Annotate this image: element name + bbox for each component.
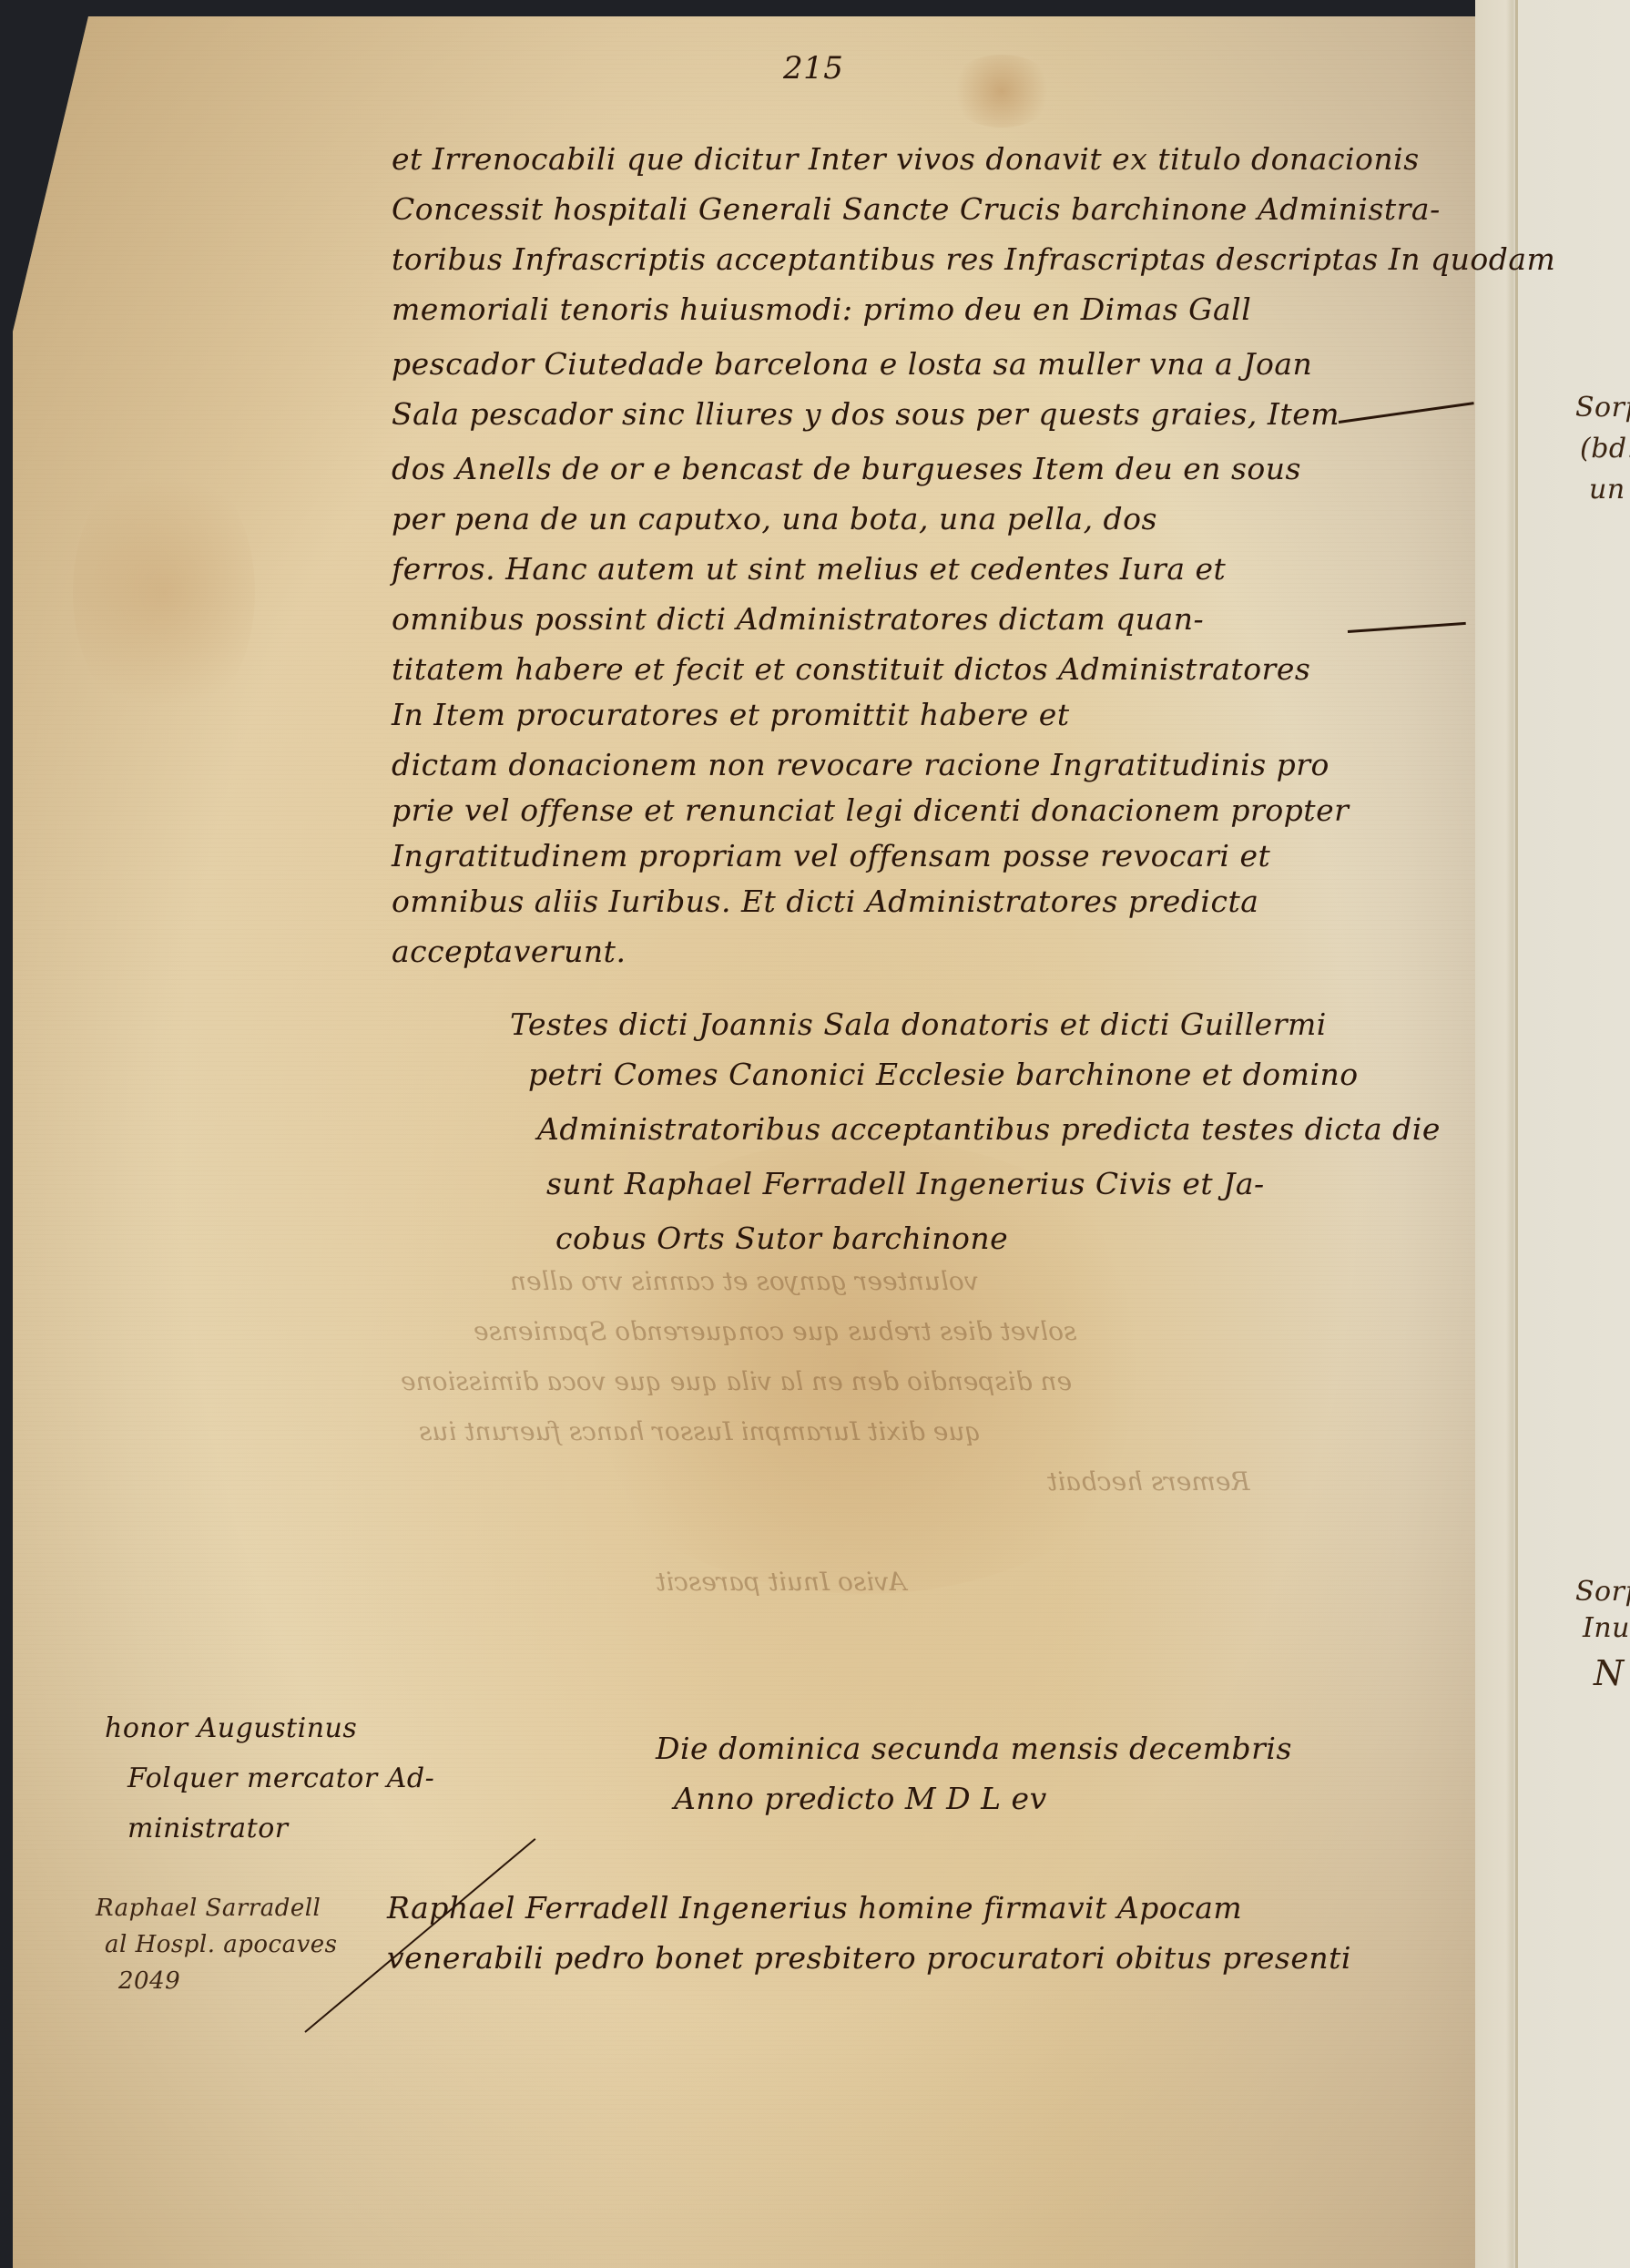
- facing-fragment: (bd.: [1580, 433, 1630, 465]
- text-line: titatem habere et fecit et constituit di…: [392, 651, 1310, 687]
- annotation-line: 2049: [118, 1967, 180, 1995]
- date-line: Anno predicto M D L ev: [674, 1781, 1047, 1816]
- witness-line: petri Comes Canonici Ecclesie barchinone…: [528, 1057, 1359, 1092]
- text-line: toribus Infrascriptis acceptantibus res …: [392, 241, 1555, 277]
- facing-fragment: Inu: [1583, 1612, 1630, 1644]
- binding-gutter-line: [1515, 0, 1518, 2268]
- text-line: In Item procuratores et promittit habere…: [392, 697, 1070, 732]
- bleed-line: que dixit Iurampni Iussor hancs fuerunt …: [419, 1416, 981, 1446]
- text-line: pescador Ciutedade barcelona e losta sa …: [392, 346, 1312, 382]
- edge-stain: [73, 455, 255, 729]
- text-line: Concessit hospitali Generali Sancte Cruc…: [392, 191, 1441, 227]
- margin-line: honor Augustinus: [105, 1712, 357, 1744]
- annotation-line: Raphael Sarradell: [96, 1895, 321, 1922]
- bleed-line: Remers hecbait: [1047, 1466, 1250, 1497]
- text-line: omnibus possint dicti Administratores di…: [392, 601, 1204, 637]
- margin-line: Folquer mercator Ad-: [127, 1762, 434, 1794]
- text-line: Ingratitudinem propriam vel offensam pos…: [392, 838, 1270, 873]
- text-line: prie vel offense et renunciat legi dicen…: [392, 792, 1349, 828]
- facing-fragment: Sorp: [1575, 392, 1630, 424]
- folio-number: 215: [783, 50, 843, 87]
- bleed-line: volunteer ganyos et cannis vro allen: [510, 1266, 979, 1296]
- text-line: et Irrenocabili que dicitur Inter vivos …: [392, 141, 1420, 177]
- text-line: ferros. Hanc autem ut sint melius et ced…: [392, 551, 1226, 587]
- text-line: acceptaverunt.: [392, 934, 626, 969]
- text-line: memoriali tenoris huiusmodi: primo deu e…: [392, 291, 1251, 327]
- facing-fragment: N: [1594, 1653, 1625, 1693]
- witness-line: sunt Raphael Ferradell Ingenerius Civis …: [546, 1166, 1265, 1201]
- text-line: Sala pescador sinc lliures y dos sous pe…: [392, 396, 1340, 432]
- facing-fragment: Sorp: [1575, 1576, 1630, 1608]
- facing-fragment: un: [1589, 474, 1625, 506]
- date-line: Die dominica secunda mensis decembris: [656, 1731, 1292, 1766]
- witness-line: Administratoribus acceptantibus predicta…: [537, 1111, 1441, 1147]
- text-line: per pena de un caputxo, una bota, una pe…: [392, 501, 1157, 536]
- witness-line: Testes dicti Joannis Sala donatoris et d…: [510, 1006, 1327, 1042]
- closing-line: venerabili pedro bonet presbitero procur…: [387, 1940, 1351, 1976]
- manuscript-scan: 215 volunteer ganyos et cannis vro allen…: [0, 0, 1630, 2268]
- closing-line: Raphael Ferradell Ingenerius homine firm…: [387, 1890, 1242, 1926]
- margin-line: ministrator: [127, 1813, 289, 1844]
- bleed-line: en dispendio den en la vila que que voca…: [401, 1366, 1072, 1396]
- text-line: dictam donacionem non revocare racione I…: [392, 747, 1329, 782]
- text-line: dos Anells de or e bencast de burgueses …: [392, 451, 1301, 486]
- bleed-line: Aviso Inuit parescit: [656, 1567, 906, 1597]
- foxing-stain: [947, 55, 1056, 128]
- annotation-line: al Hospl. apocaves: [105, 1931, 338, 1958]
- text-line: omnibus aliis Iuribus. Et dicti Administ…: [392, 884, 1258, 919]
- bleed-line: solvet dies trebus que conquerendo Spani…: [474, 1316, 1076, 1346]
- witness-line: cobus Orts Sutor barchinone: [555, 1221, 1008, 1256]
- facing-page-edge: [1475, 0, 1630, 2268]
